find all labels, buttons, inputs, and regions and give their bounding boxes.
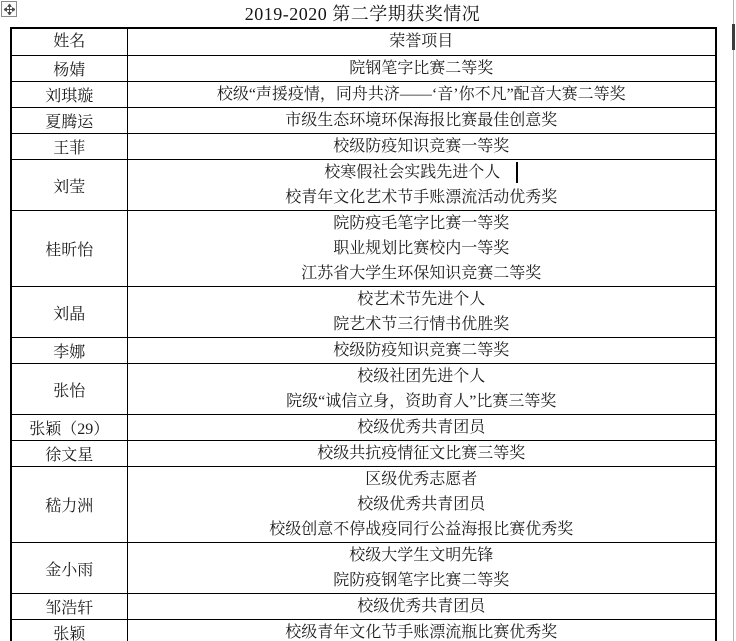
table-row: 杨婧 院钢笔字比赛二等奖 (11, 56, 716, 82)
name-cell[interactable]: 杨婧 (11, 56, 127, 82)
awards-table: 姓名 荣誉项目 杨婧 院钢笔字比赛二等奖 刘琪璇 校级“声援疫情，同舟共济——‘… (10, 27, 717, 641)
honor-cell[interactable]: 校级大学生文明先锋 院防疫钢笔字比赛二等奖 (127, 543, 716, 594)
table-row: 张颖 校级青年文化节手账漂流瓶比赛优秀奖 (11, 620, 716, 641)
honor-cell[interactable]: 校级防疫知识竞赛一等奖 (127, 134, 716, 160)
honor-line: 院级“诚信立身，资助育人”比赛三等奖 (128, 389, 716, 414)
honor-line: 校级青年文化节手账漂流瓶比赛优秀奖 (128, 620, 716, 641)
table-row: 邹浩轩 校级优秀共青团员 (11, 594, 716, 620)
honor-line: 校级优秀共青团员 (128, 415, 716, 440)
honor-cell[interactable]: 校级社团先进个人 院级“诚信立身，资助育人”比赛三等奖 (127, 364, 716, 415)
name-cell[interactable]: 嵇力洲 (11, 467, 127, 543)
honor-cell[interactable]: 校级青年文化节手账漂流瓶比赛优秀奖 (127, 620, 716, 641)
honor-line: 职业规划比赛校内一等奖 (128, 236, 716, 261)
honor-cell[interactable]: 院防疫毛笔字比赛一等奖 职业规划比赛校内一等奖 江苏省大学生环保知识竞赛二等奖 (127, 211, 716, 287)
honor-cell[interactable]: 院钢笔字比赛二等奖 (127, 56, 716, 82)
page-edge-line (733, 0, 734, 641)
honor-line-text: 校寒假社会实践先进个人 (324, 164, 500, 181)
name-cell[interactable]: 邹浩轩 (11, 594, 127, 620)
honor-line: 校级优秀共青团员 (128, 594, 716, 619)
honor-line: 校级防疫知识竞赛一等奖 (128, 134, 716, 159)
name-cell[interactable]: 刘琪璇 (11, 82, 127, 108)
name-cell[interactable]: 张怡 (11, 364, 127, 415)
honor-cell[interactable]: 校级优秀共青团员 (127, 594, 716, 620)
table-row: 刘莹 校寒假社会实践先进个人 校青年文化艺术节手账漂流活动优秀奖 (11, 160, 716, 211)
name-cell[interactable]: 张颖（29） (11, 415, 127, 441)
honor-line: 校级共抗疫情征文比赛三等奖 (128, 441, 716, 466)
table-row: 金小雨 校级大学生文明先锋 院防疫钢笔字比赛二等奖 (11, 543, 716, 594)
page-title: 2019-2020 第二学期获奖情况 (10, 2, 715, 27)
table-row: 桂昕怡 院防疫毛笔字比赛一等奖 职业规划比赛校内一等奖 江苏省大学生环保知识竞赛… (11, 211, 716, 287)
honor-line: 校级大学生文明先锋 (128, 543, 716, 568)
table-row: 刘琪璇 校级“声援疫情，同舟共济——‘音’你不凡”配音大赛二等奖 (11, 82, 716, 108)
honor-cell[interactable]: 校级“声援疫情，同舟共济——‘音’你不凡”配音大赛二等奖 (127, 82, 716, 108)
name-cell[interactable]: 桂昕怡 (11, 211, 127, 287)
name-cell[interactable]: 金小雨 (11, 543, 127, 594)
table-row: 刘晶 校艺术节先进个人 院艺术节三行情书优胜奖 (11, 287, 716, 338)
honor-line: 校级优秀共青团员 (128, 492, 716, 517)
honor-line: 江苏省大学生环保知识竞赛二等奖 (128, 261, 716, 286)
honor-cell[interactable]: 校级防疫知识竞赛二等奖 (127, 338, 716, 364)
name-cell[interactable]: 李娜 (11, 338, 127, 364)
honor-cell[interactable]: 校寒假社会实践先进个人 校青年文化艺术节手账漂流活动优秀奖 (127, 160, 716, 211)
honor-line: 校青年文化艺术节手账漂流活动优秀奖 (128, 185, 716, 210)
name-cell[interactable]: 张颖 (11, 620, 127, 641)
honor-line: 校级社团先进个人 (128, 364, 716, 389)
table-row: 嵇力洲 区级优秀志愿者 校级优秀共青团员 校级创意不停战疫同行公益海报比赛优秀奖 (11, 467, 716, 543)
name-cell[interactable]: 徐文星 (11, 441, 127, 467)
honor-cell[interactable]: 校级共抗疫情征文比赛三等奖 (127, 441, 716, 467)
honor-line: 院防疫毛笔字比赛一等奖 (128, 211, 716, 236)
name-cell[interactable]: 夏腾运 (11, 108, 127, 134)
page-edge-mark (732, 24, 735, 50)
table-row: 王菲 校级防疫知识竞赛一等奖 (11, 134, 716, 160)
honor-line: 市级生态环境环保海报比赛最佳创意奖 (128, 108, 716, 133)
honor-line: 校寒假社会实践先进个人 (128, 160, 716, 185)
table-row: 张颖（29） 校级优秀共青团员 (11, 415, 716, 441)
honor-line: 院艺术节三行情书优胜奖 (128, 312, 716, 337)
table-header-row: 姓名 荣誉项目 (11, 28, 716, 56)
name-cell[interactable]: 刘莹 (11, 160, 127, 211)
name-cell[interactable]: 刘晶 (11, 287, 127, 338)
honor-line: 校艺术节先进个人 (128, 287, 716, 312)
table-row: 张怡 校级社团先进个人 院级“诚信立身，资助育人”比赛三等奖 (11, 364, 716, 415)
honor-line: 院钢笔字比赛二等奖 (128, 56, 716, 81)
text-cursor (516, 162, 518, 183)
honor-cell[interactable]: 市级生态环境环保海报比赛最佳创意奖 (127, 108, 716, 134)
honor-line: 校级创意不停战疫同行公益海报比赛优秀奖 (128, 517, 716, 542)
table-row: 夏腾运 市级生态环境环保海报比赛最佳创意奖 (11, 108, 716, 134)
honor-line: 区级优秀志愿者 (128, 467, 716, 492)
honor-cell[interactable]: 校艺术节先进个人 院艺术节三行情书优胜奖 (127, 287, 716, 338)
honor-cell[interactable]: 校级优秀共青团员 (127, 415, 716, 441)
honor-line: 院防疫钢笔字比赛二等奖 (128, 568, 716, 593)
document-page: 2019-2020 第二学期获奖情况 姓名 荣誉项目 杨婧 院钢笔字比赛二等奖 … (0, 0, 736, 641)
table-row: 徐文星 校级共抗疫情征文比赛三等奖 (11, 441, 716, 467)
header-name: 姓名 (11, 28, 127, 56)
honor-cell[interactable]: 区级优秀志愿者 校级优秀共青团员 校级创意不停战疫同行公益海报比赛优秀奖 (127, 467, 716, 543)
honor-line: 校级防疫知识竞赛二等奖 (128, 338, 716, 363)
name-cell[interactable]: 王菲 (11, 134, 127, 160)
header-honor: 荣誉项目 (127, 28, 716, 56)
honor-line: 校级“声援疫情，同舟共济——‘音’你不凡”配音大赛二等奖 (128, 82, 716, 107)
table-row: 李娜 校级防疫知识竞赛二等奖 (11, 338, 716, 364)
